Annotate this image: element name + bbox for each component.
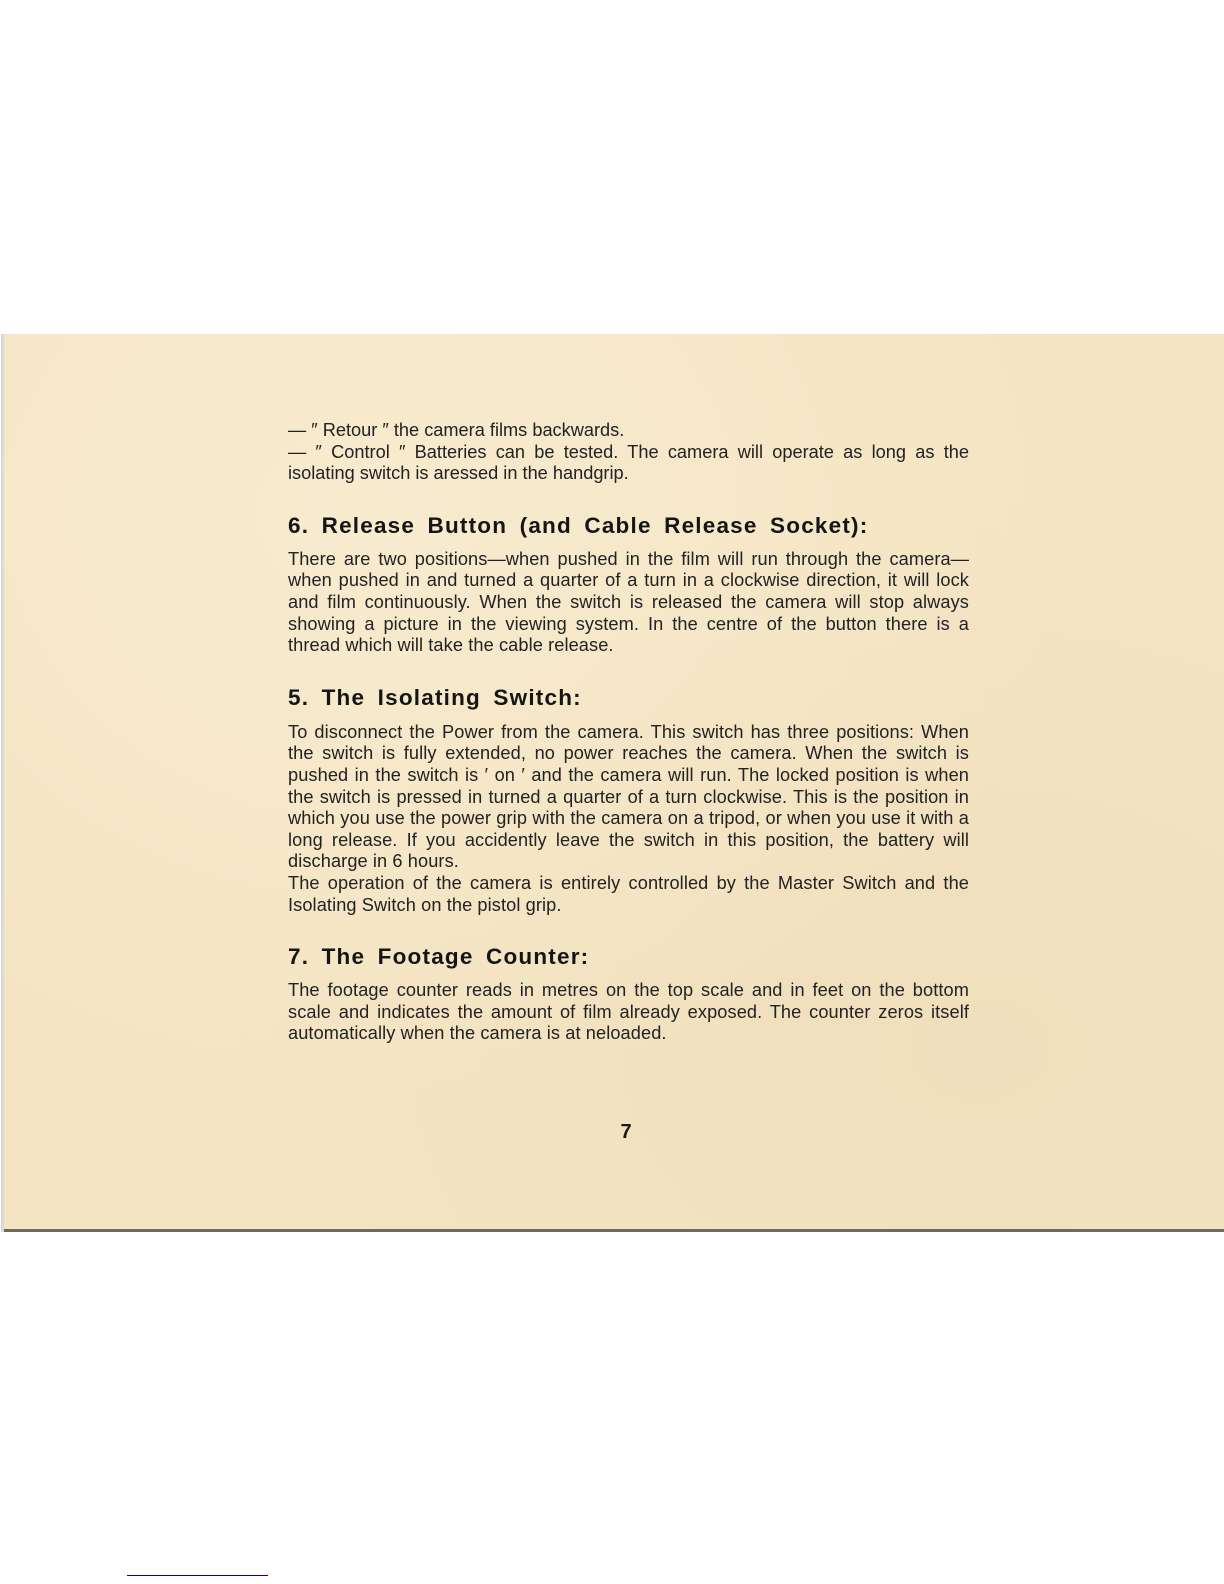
retour-line: — ″ Retour ″ the camera films backwards. — [288, 420, 969, 442]
section-body-isolating-switch-note: The operation of the camera is entirely … — [288, 873, 969, 916]
page-content: — ″ Retour ″ the camera films backwards.… — [288, 420, 969, 1045]
page-number: 7 — [4, 1121, 1224, 1144]
section-heading-isolating-switch: 5. The Isolating Switch: — [288, 685, 969, 711]
hyperlink-underline[interactable] — [127, 1575, 268, 1576]
scanned-page: — ″ Retour ″ the camera films backwards.… — [4, 334, 1224, 1232]
section-body-release-button: There are two positions—when pushed in t… — [288, 549, 969, 657]
section-heading-release-button: 6. Release Button (and Cable Release Soc… — [288, 513, 969, 539]
section-body-footage-counter: The footage counter reads in metres on t… — [288, 980, 969, 1045]
section-heading-footage-counter: 7. The Footage Counter: — [288, 944, 969, 970]
control-line: — ″ Control ″ Batteries can be tested. T… — [288, 442, 969, 485]
section-body-isolating-switch: To disconnect the Power from the camera.… — [288, 722, 969, 873]
